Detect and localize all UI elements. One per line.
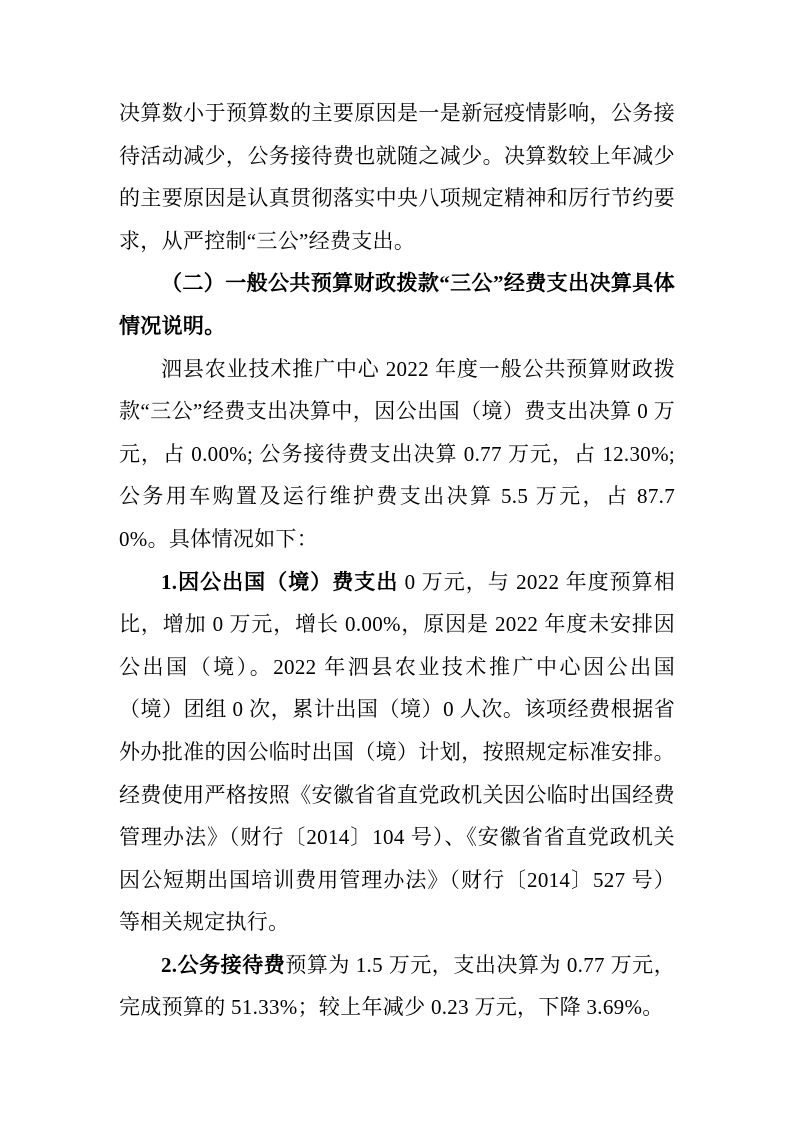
paragraph-continuation-text: 决算数小于预算数的主要原因是一是新冠疫情影响，公务接待活动减少，公务接待费也就随… xyxy=(119,101,675,253)
paragraph-continuation: 决算数小于预算数的主要原因是一是新冠疫情影响，公务接待活动减少，公务接待费也就随… xyxy=(119,92,675,262)
item-1-text: 0 万元，与 2022 年度预算相比，增加 0 万元，增长 0.00%，原因是 … xyxy=(119,570,675,935)
paragraph-overview: 泗县农业技术推广中心 2022 年度一般公共预算财政拨款“三公”经费支出决算中，… xyxy=(119,348,675,561)
paragraph-overview-text: 泗县农业技术推广中心 2022 年度一般公共预算财政拨款“三公”经费支出决算中，… xyxy=(119,357,675,551)
item-1-label: 1.因公出国（境）费支出 xyxy=(161,570,398,594)
paragraph-item-2: 2.公务接待费预算为 1.5 万元，支出决算为 0.77 万元，完成预算的 51… xyxy=(119,944,675,1029)
section-heading-text: （二）一般公共预算财政拨款“三公”经费支出决算具体情况说明。 xyxy=(119,271,675,338)
paragraph-item-1: 1.因公出国（境）费支出 0 万元，与 2022 年度预算相比，增加 0 万元，… xyxy=(119,561,675,944)
document-page: 决算数小于预算数的主要原因是一是新冠疫情影响，公务接待活动减少，公务接待费也就随… xyxy=(0,0,793,1122)
item-2-label: 2.公务接待费 xyxy=(161,953,285,977)
section-heading: （二）一般公共预算财政拨款“三公”经费支出决算具体情况说明。 xyxy=(119,262,675,347)
